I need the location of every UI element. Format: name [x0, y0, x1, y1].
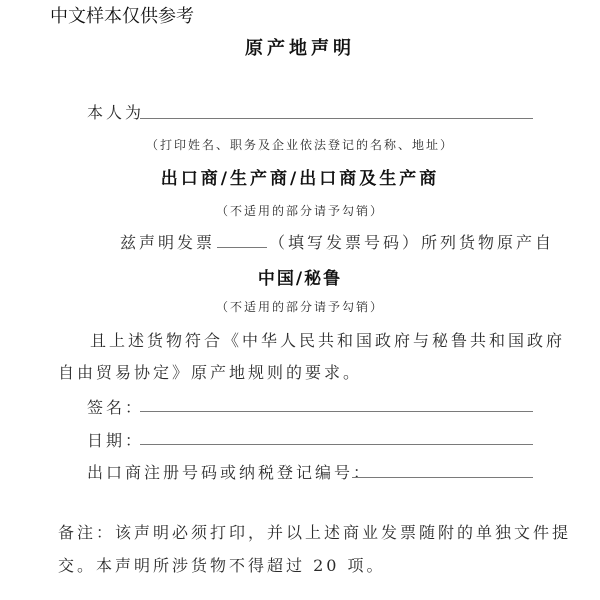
- strike-hint-roles: （不适用的部分请予勾销）: [0, 202, 600, 219]
- date-label: 日期：: [87, 428, 144, 451]
- signature-label: 签名：: [87, 395, 144, 418]
- invoice-statement: 兹声明发票（填写发票号码）所列货物原产自: [120, 230, 554, 253]
- invoice-statement-prefix: 兹声明发票: [120, 233, 215, 252]
- role-options: 出口商/生产商/出口商及生产商: [0, 164, 600, 189]
- origin-options: 中国/秘鲁: [0, 264, 600, 289]
- sample-notice: 中文样本仅供参考: [50, 2, 194, 28]
- compliance-text-line1: 且上述货物符合《中华人民共和国政府与秘鲁共和国政府: [90, 328, 565, 351]
- document-title: 原产地声明: [0, 34, 600, 60]
- invoice-number-blank[interactable]: [217, 246, 267, 248]
- declarant-hint: （打印姓名、职务及企业依法登记的名称、地址）: [0, 136, 600, 153]
- declarant-label: 本人为: [87, 100, 144, 123]
- date-input-line[interactable]: [140, 444, 533, 445]
- registration-input-line[interactable]: [352, 477, 533, 478]
- signature-input-line[interactable]: [140, 411, 533, 412]
- note-line1: 备注：该声明必须打印，并以上述商业发票随附的单独文件提: [58, 520, 571, 543]
- note-line2: 交。本声明所涉货物不得超过 20 项。: [58, 553, 386, 576]
- strike-hint-origin: （不适用的部分请予勾销）: [0, 298, 600, 315]
- declarant-input-line[interactable]: [140, 118, 533, 119]
- invoice-statement-suffix: （填写发票号码）所列货物原产自: [269, 233, 554, 252]
- compliance-text-line2: 自由贸易协定》原产地规则的要求。: [58, 360, 362, 383]
- registration-label: 出口商注册号码或纳税登记编号：: [87, 460, 372, 483]
